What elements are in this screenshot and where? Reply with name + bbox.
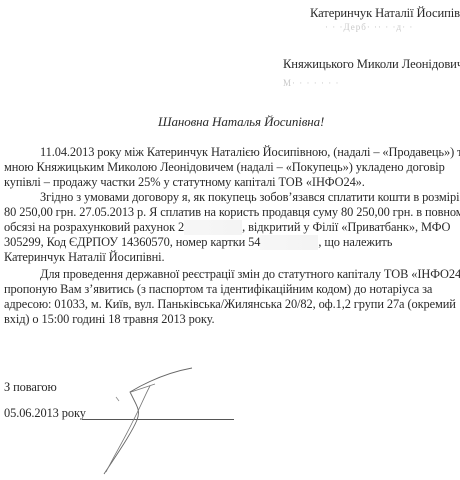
- signature-mark: [0, 0, 460, 480]
